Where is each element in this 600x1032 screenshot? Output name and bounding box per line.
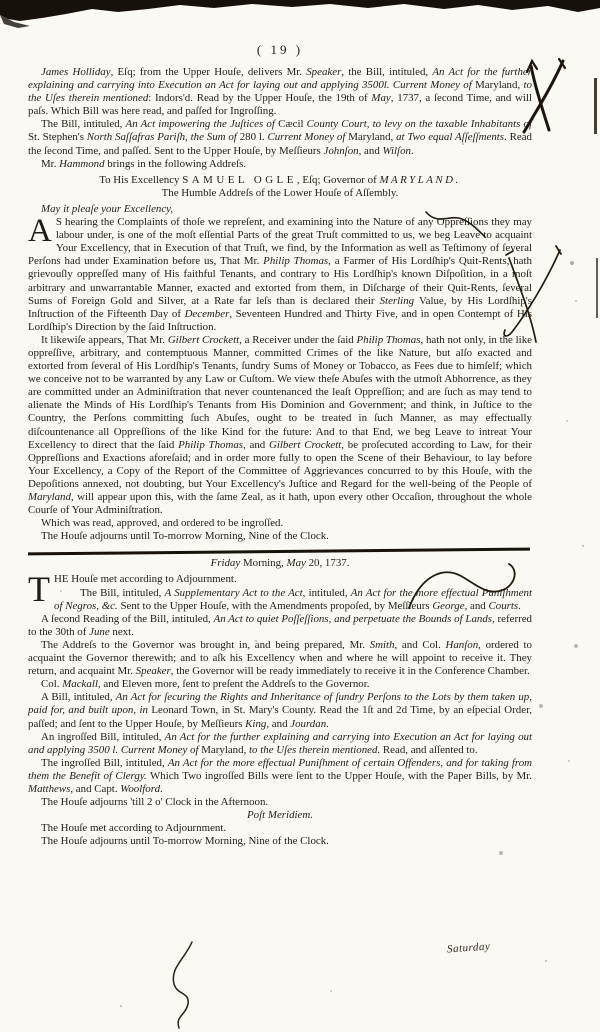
text-run: 20, 1737. (306, 557, 350, 569)
text-run: December (185, 308, 230, 320)
session-date-heading: Friday Morning, May 20, 1737. (28, 557, 532, 570)
text-run: An ingroſſed Bill, intituled, (41, 731, 165, 743)
text-run: The Bill, intituled, (80, 587, 165, 599)
text-run: Hanſon (445, 639, 478, 651)
text-run: Mackall (62, 678, 98, 690)
text-run: Sterling (380, 295, 415, 307)
text-run: June (89, 626, 110, 638)
text-run: The Houſe adjourns 'till 2 o' Clock in t… (41, 796, 268, 808)
session-friday-proceedings: THE Houſe met according to Adjournment.T… (28, 573, 532, 848)
paragraph: To His Excellency SAMUEL OGLE, Eſq; Gove… (28, 174, 532, 187)
text-run: Current Money of (265, 131, 349, 143)
text-run: Mr. (41, 158, 59, 170)
text-run: An Act impowering the Juſtices of (126, 118, 279, 130)
text-run: Cæcil (278, 118, 303, 130)
session-thursday-proceedings: James Holliday, Eſq; from the Upper Houſ… (28, 66, 532, 543)
text-run: Gilbert Crockett (168, 334, 239, 346)
text-run: Woolford (120, 783, 160, 795)
text-run: , and Col. (395, 639, 446, 651)
text-run: The Addreſs to the Governor was brought … (41, 639, 370, 651)
text-run: May (371, 92, 390, 104)
text-run: , at Two equal Aſſeſſments (391, 131, 505, 143)
text-run: , Eſq; Governor of (297, 174, 380, 186)
text-run: Speaker (136, 665, 171, 677)
text-run: : Indors'd. Read by the Upper Houſe, the… (148, 92, 371, 104)
text-run: Courts (488, 600, 518, 612)
text-run: County Court, to levy on the taxable Inh… (304, 118, 533, 130)
text-run: Philip Thomas (357, 334, 421, 346)
text-run: To His Excellency (99, 174, 182, 186)
handwritten-note: Saturday (447, 941, 491, 956)
text-run: May it pleaſe your Excellency, (41, 203, 173, 215)
text-run: . (518, 600, 521, 612)
scanned-document-page: { "colors": {"paper":"#fbf9f4","ink":"#2… (0, 0, 600, 1032)
paragraph: A Bill, intituled, An Act for ſecuring t… (28, 691, 532, 730)
text-run: An Act to quiet Poſſeſſions, and perpetu… (214, 613, 492, 625)
text-run: , and (359, 145, 383, 157)
paragraph: The Houſe adjourns 'till 2 o' Clock in t… (28, 796, 532, 809)
text-run: Philip Thomas (263, 255, 328, 267)
paragraph: It likewiſe appears, That Mr. Gilbert Cr… (28, 334, 532, 517)
scan-streak (596, 258, 598, 318)
text-run: The Houſe adjourns until To-morrow Morni… (41, 530, 329, 542)
text-run: Friday (211, 557, 241, 569)
paragraph: Which was read, approved, and ordered to… (28, 517, 532, 530)
page-number: ( 19 ) (28, 42, 532, 58)
text-run: Maryland (201, 744, 243, 756)
text-column: ( 19 ) James Holliday, Eſq; from the Upp… (28, 42, 532, 848)
text-run: . (326, 718, 329, 730)
text-run: The Houſe met according to Adjournment. (41, 822, 226, 834)
text-run: The Bill, intituled, (41, 118, 126, 130)
text-run: , the Governor will be ready immediately… (171, 665, 530, 677)
text-run: Jourdan (290, 718, 326, 730)
text-run: Speaker (306, 66, 341, 78)
paragraph: THE Houſe met according to Adjournment.T… (28, 573, 532, 612)
text-run: Maryland (475, 79, 517, 91)
text-run: , and Capt. (70, 783, 120, 795)
text-run: , intituled, (303, 587, 351, 599)
paragraph: The Humble Addreſs of the Lower Houſe of… (28, 187, 532, 200)
text-run: Wilſon (383, 145, 411, 157)
text-run: The Humble Addreſs of the Lower Houſe of… (162, 187, 399, 199)
torn-edge-top (0, 0, 600, 30)
text-run: , the Bill, intituled, (341, 66, 432, 78)
scan-noise (0, 0, 2, 2)
drop-cap: A (28, 216, 56, 244)
text-run: St. Stephen's (28, 131, 84, 143)
text-run: North Saſſafras Pariſh, the Sum of (84, 131, 240, 143)
paragraph: May it pleaſe your Excellency, (28, 203, 532, 216)
paragraph: The Houſe adjourns until To-morrow Morni… (28, 530, 532, 543)
paragraph: The Addreſs to the Governor was brought … (28, 639, 532, 678)
text-run: , and (465, 600, 489, 612)
text-run: , and Eleven more, ſent to preſent the A… (98, 678, 370, 690)
text-run: Which Two ingroſſed Bills were ſent to t… (147, 770, 532, 782)
text-run: 280 l. (240, 131, 265, 143)
text-run: It likewiſe appears, That Mr. (41, 334, 168, 346)
paragraph: Mr. Hammond brings in the following Addr… (28, 158, 532, 171)
paragraph: The Houſe met according to Adjournment. (28, 822, 532, 835)
paragraph: An ingroſſed Bill, intituled, An Act for… (28, 731, 532, 757)
paragraph: AS hearing the Complaints of thoſe we re… (28, 216, 532, 334)
text-run: A Supplementary Act to the Act (165, 587, 303, 599)
paragraph: Col. Mackall, and Eleven more, ſent to p… (28, 678, 532, 691)
paragraph: James Holliday, Eſq; from the Upper Houſ… (28, 66, 532, 118)
paragraph: Poſt Meridiem. (28, 809, 532, 822)
pen-flourish-bottom-icon (150, 938, 234, 1032)
text-run: Smith (370, 639, 395, 651)
text-run: King (245, 718, 266, 730)
text-run: . (160, 783, 163, 795)
text-run: Which was read, approved, and ordered to… (41, 517, 283, 529)
text-run: . (411, 145, 414, 157)
text-run: Morning, (240, 557, 286, 569)
text-run: Poſt Meridiem. (247, 809, 313, 821)
section-divider-rule (28, 548, 530, 556)
text-run: next. (110, 626, 134, 638)
text-run: A ſecond Reading of the Bill, intituled, (41, 613, 214, 625)
text-run: MARYLAND. (379, 174, 460, 186)
text-run: Col. (41, 678, 62, 690)
text-run: Maryland (28, 491, 71, 503)
scan-streak (594, 78, 597, 134)
text-run: brings in the following Addreſs. (105, 158, 247, 170)
paragraph: A ſecond Reading of the Bill, intituled,… (28, 613, 532, 639)
text-run: , Eſq; from the Upper Houſe, delivers Mr… (111, 66, 307, 78)
text-run: The ingroſſed Bill, intituled, (41, 757, 168, 769)
text-run: , hath not only, in the like oppreſſive,… (28, 334, 532, 451)
text-run: May (287, 557, 306, 569)
text-run: Philip Thomas (178, 439, 243, 451)
text-run: The Houſe adjourns until To-morrow Morni… (41, 835, 329, 847)
text-run: Hammond (59, 158, 104, 170)
text-run: HE Houſe met according to Adjournment. (54, 573, 237, 585)
text-run: Read, and aſſented to. (380, 744, 477, 756)
text-run: Sent to the Upper Houſe, with the Amendm… (118, 600, 433, 612)
drop-cap: T (28, 573, 54, 603)
text-run: Johnſon (324, 145, 359, 157)
text-run: , to the Uſes therein mentioned. (244, 744, 381, 756)
text-run: George (432, 600, 464, 612)
text-run: , and (243, 439, 269, 451)
text-run: Matthews (28, 783, 70, 795)
text-run: SAMUEL OGLE (182, 174, 297, 186)
paragraph: The ingroſſed Bill, intituled, An Act fo… (28, 757, 532, 796)
text-run: Gilbert Crockett (269, 439, 341, 451)
paragraph: The Bill, intituled, An Act impowering t… (28, 118, 532, 157)
text-run: Maryland (348, 131, 390, 143)
text-run: , a Receiver under the ſaid (239, 334, 356, 346)
text-run: , and (266, 718, 290, 730)
text-run: A Bill, intituled, (41, 691, 116, 703)
text-run: , will appear upon this, with the ſame Z… (28, 491, 532, 516)
paragraph: The Houſe adjourns until To-morrow Morni… (28, 835, 532, 848)
text-run: James Holliday (41, 66, 111, 78)
